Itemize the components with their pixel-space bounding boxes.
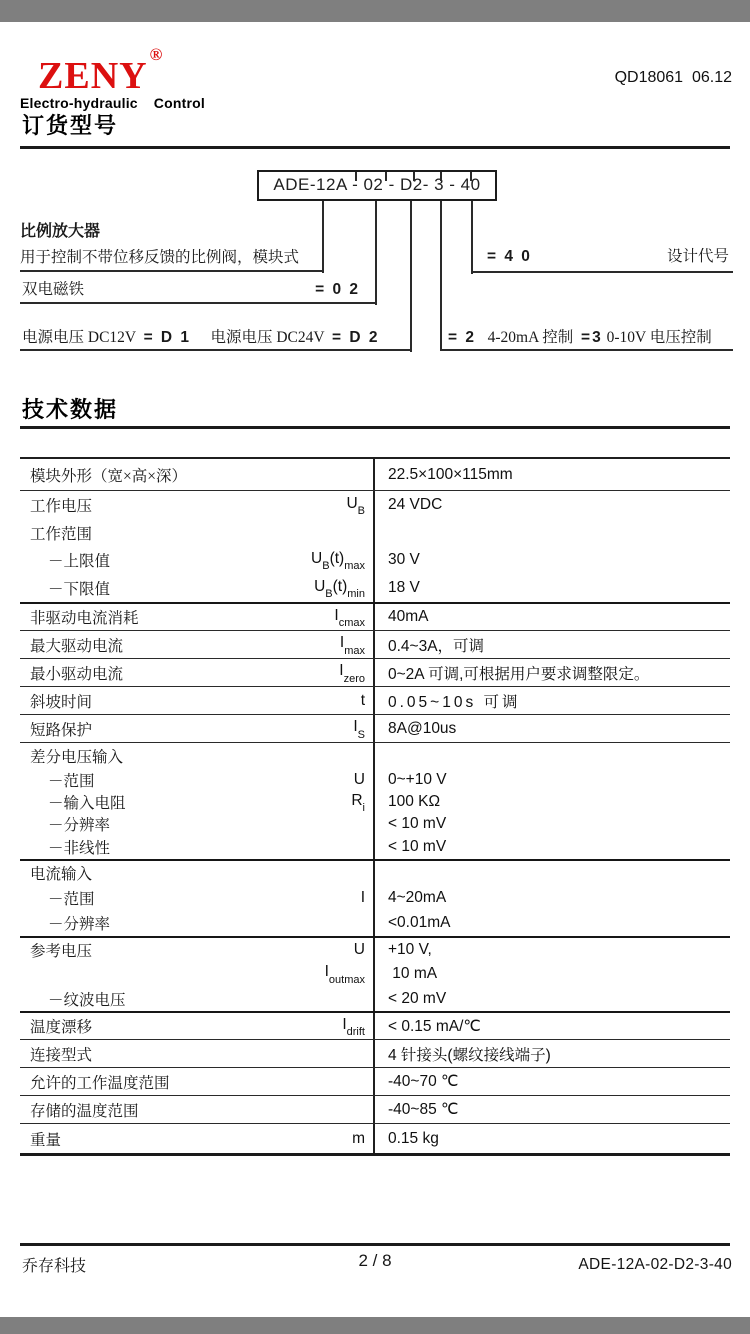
spec-label: －范围 bbox=[30, 769, 95, 791]
spec-label: 非驱动电流消耗 bbox=[30, 606, 139, 628]
table-row: 工作范围 bbox=[20, 519, 730, 546]
spec-value: < 10 mV bbox=[375, 815, 730, 833]
spec-parameter-cell: 最小驱动电流Izero bbox=[20, 659, 375, 686]
spec-value: -40~85 ℃ bbox=[375, 1100, 730, 1119]
table-row: －范围U0~+10 V bbox=[20, 769, 730, 791]
table-row: 非驱动电流消耗Icmax40mA bbox=[20, 602, 730, 630]
double-solenoid-code: = 0 2 bbox=[315, 281, 360, 299]
spec-parameter-cell: －范围I bbox=[20, 885, 375, 910]
table-row: －非线性< 10 mV bbox=[20, 835, 730, 859]
spec-value: 100 KΩ bbox=[375, 793, 730, 811]
spec-value: 0~2A 可调,可根据用户要求调整限定。 bbox=[375, 662, 730, 684]
spec-parameter-cell: 温度漂移Idrift bbox=[20, 1013, 375, 1039]
spec-value: -40~70 ℃ bbox=[375, 1072, 730, 1091]
spec-value: 22.5×100×115mm bbox=[375, 466, 730, 484]
callout-segment: 电源电压 DC12V bbox=[22, 329, 144, 346]
spec-label: 重量 bbox=[30, 1128, 61, 1150]
table-row: 模块外形（宽×高×深）22.5×100×115mm bbox=[20, 459, 730, 490]
spec-label: －下限值 bbox=[30, 577, 110, 599]
section-title-technical-data: 技术数据 bbox=[22, 393, 118, 424]
top-gray-bar bbox=[0, 0, 750, 22]
table-row: 温度漂移Idrift< 0.15 mA/℃ bbox=[20, 1011, 730, 1039]
spec-parameter-cell: 模块外形（宽×高×深） bbox=[20, 459, 375, 490]
section-title-ordering: 订货型号 bbox=[22, 109, 118, 140]
spec-value: 30 V bbox=[375, 551, 730, 569]
callout-amplifier-title: 比例放大器 bbox=[20, 218, 323, 241]
model-box-tick bbox=[440, 172, 442, 181]
table-row: －纹波电压< 20 mV bbox=[20, 986, 730, 1011]
spec-symbol: Ioutmax bbox=[325, 963, 365, 983]
spec-symbol: UB(t)min bbox=[314, 578, 365, 598]
bottom-gray-bar bbox=[0, 1317, 750, 1334]
spec-parameter-cell: －上限值UB(t)max bbox=[20, 546, 375, 574]
spec-parameter-cell: 斜坡时间t bbox=[20, 687, 375, 714]
callout-design-code: = 4 0 设计代号 bbox=[471, 242, 733, 273]
model-code-box: ADE-12A - 02 - D2- 3 - 40 bbox=[257, 170, 497, 201]
spec-symbol: IS bbox=[353, 718, 365, 738]
model-box-tick bbox=[355, 172, 357, 181]
spec-label: 工作范围 bbox=[30, 522, 92, 544]
callout-segment: = D 1 bbox=[144, 329, 191, 346]
table-row: 电流输入 bbox=[20, 859, 730, 885]
spec-parameter-cell: 允许的工作温度范围 bbox=[20, 1068, 375, 1095]
footer-model-code: ADE-12A-02-D2-3-40 bbox=[578, 1256, 732, 1274]
spec-value: 10 mA bbox=[375, 965, 730, 983]
spec-parameter-cell: 差分电压输入 bbox=[20, 743, 375, 769]
table-row: 重量m0.15 kg bbox=[20, 1123, 730, 1153]
callout-segment bbox=[191, 329, 210, 346]
spec-symbol: Imax bbox=[340, 634, 365, 654]
spec-label: 连接型式 bbox=[30, 1043, 92, 1065]
datasheet-page: ZENY® Electro-hydraulicControl QD18061 0… bbox=[0, 0, 750, 1334]
brand-logo: ZENY® bbox=[38, 54, 161, 98]
table-row: 参考电压U+10 V, bbox=[20, 936, 730, 961]
spec-parameter-cell: Ioutmax bbox=[20, 961, 375, 986]
callout-amplifier: 比例放大器 用于控制不带位移反馈的比例阀，模块式 bbox=[20, 218, 323, 272]
spec-label: 温度漂移 bbox=[30, 1015, 92, 1037]
table-row: 短路保护IS8A@10us bbox=[20, 714, 730, 742]
spec-label: 允许的工作温度范围 bbox=[30, 1071, 170, 1093]
registered-trademark-icon: ® bbox=[150, 45, 164, 64]
callout-control-signal: = 2 4-20mA 控制 =3 0-10V 电压控制 bbox=[440, 317, 733, 351]
spec-parameter-cell: －分辨率 bbox=[20, 910, 375, 936]
spec-symbol: U bbox=[354, 771, 365, 789]
document-number: QD18061 06.12 bbox=[615, 69, 732, 87]
table-row: 连接型式4 针接头(螺纹接线端子) bbox=[20, 1039, 730, 1067]
double-solenoid-label: 双电磁铁 bbox=[22, 277, 84, 299]
callout-segment: 电源电压 DC24V bbox=[210, 329, 332, 346]
design-code-value: = 4 0 bbox=[487, 248, 532, 266]
spec-label: －分辨率 bbox=[30, 912, 110, 934]
spec-value: +10 V, bbox=[375, 941, 730, 959]
callout-segment: = 2 bbox=[448, 329, 476, 346]
spec-parameter-cell: 参考电压U bbox=[20, 938, 375, 961]
callout-segment: = D 2 bbox=[332, 329, 379, 346]
spec-label: 斜坡时间 bbox=[30, 690, 92, 712]
spec-label: 存储的温度范围 bbox=[30, 1099, 139, 1121]
spec-symbol: U bbox=[354, 941, 365, 959]
spec-label: －输入电阻 bbox=[30, 791, 126, 813]
spec-label: 参考电压 bbox=[30, 939, 92, 961]
section-rule-ordering bbox=[20, 146, 730, 149]
spec-symbol: Idrift bbox=[342, 1016, 365, 1036]
callout-supply-voltage: 电源电压 DC12V = D 1 电源电压 DC24V = D 2 bbox=[20, 317, 411, 351]
table-row: －分辨率< 10 mV bbox=[20, 813, 730, 835]
spec-label: －范围 bbox=[30, 887, 95, 909]
spec-symbol: m bbox=[352, 1130, 365, 1148]
callout-amplifier-desc: 用于控制不带位移反馈的比例阀，模块式 bbox=[20, 245, 323, 267]
spec-symbol: UB bbox=[346, 495, 365, 515]
spec-parameter-cell: 电流输入 bbox=[20, 861, 375, 885]
spec-label: 电流输入 bbox=[30, 862, 92, 884]
model-box-tick bbox=[385, 172, 387, 181]
spec-value: < 10 mV bbox=[375, 838, 730, 856]
spec-parameter-cell: －下限值UB(t)min bbox=[20, 574, 375, 602]
table-row: －分辨率<0.01mA bbox=[20, 910, 730, 936]
spec-label: 短路保护 bbox=[30, 718, 92, 740]
table-row: 工作电压UB24 VDC bbox=[20, 490, 730, 519]
spec-symbol: UB(t)max bbox=[311, 550, 365, 570]
table-row: 斜坡时间t0.05~10s 可调 bbox=[20, 686, 730, 714]
spec-parameter-cell: 工作电压UB bbox=[20, 491, 375, 519]
spec-value: < 20 mV bbox=[375, 990, 730, 1008]
callout-segment: 4-20mA 控制 bbox=[476, 329, 581, 346]
design-code-label: 设计代号 bbox=[667, 244, 729, 266]
spec-parameter-cell: 短路保护IS bbox=[20, 715, 375, 742]
spec-label: 最小驱动电流 bbox=[30, 662, 123, 684]
callout-double-solenoid: 双电磁铁 = 0 2 bbox=[20, 280, 376, 304]
model-box-tick bbox=[413, 172, 415, 181]
spec-parameter-cell: －纹波电压 bbox=[20, 986, 375, 1011]
spec-symbol: Ri bbox=[351, 792, 365, 812]
table-row: 允许的工作温度范围-40~70 ℃ bbox=[20, 1067, 730, 1095]
spec-parameter-cell: 连接型式 bbox=[20, 1040, 375, 1067]
table-row: －下限值UB(t)min18 V bbox=[20, 574, 730, 602]
spec-symbol: Izero bbox=[339, 662, 365, 682]
spec-value: 24 VDC bbox=[375, 496, 730, 514]
spec-label: －纹波电压 bbox=[30, 988, 126, 1010]
spec-label: －非线性 bbox=[30, 836, 110, 858]
spec-parameter-cell: －范围U bbox=[20, 769, 375, 791]
spec-value: 4 针接头(螺纹接线端子) bbox=[375, 1043, 730, 1065]
spec-label: 模块外形（宽×高×深） bbox=[30, 464, 187, 486]
spec-label: 差分电压输入 bbox=[30, 745, 123, 767]
brand-logo-text: ZENY bbox=[38, 55, 148, 97]
spec-value: 40mA bbox=[375, 608, 730, 626]
table-row: －输入电阻Ri100 KΩ bbox=[20, 791, 730, 813]
spec-parameter-cell: －分辨率 bbox=[20, 813, 375, 835]
section-rule-technical-data bbox=[20, 426, 730, 429]
spec-label: 最大驱动电流 bbox=[30, 634, 123, 656]
spec-parameter-cell: 最大驱动电流Imax bbox=[20, 631, 375, 658]
spec-label: 工作电压 bbox=[30, 494, 92, 516]
spec-label: －上限值 bbox=[30, 549, 110, 571]
spec-symbol: Icmax bbox=[334, 607, 365, 627]
spec-parameter-cell: 非驱动电流消耗Icmax bbox=[20, 604, 375, 630]
table-row: 最大驱动电流Imax0.4~3A，可调 bbox=[20, 630, 730, 658]
model-box-tick bbox=[470, 172, 472, 181]
spec-value: 0.4~3A，可调 bbox=[375, 634, 730, 656]
spec-symbol: I bbox=[361, 889, 365, 907]
spec-value: 0.15 kg bbox=[375, 1130, 730, 1148]
table-row: 差分电压输入 bbox=[20, 742, 730, 769]
spec-value: 4~20mA bbox=[375, 889, 730, 907]
spec-symbol: t bbox=[361, 692, 365, 710]
brand-tagline-word2: Control bbox=[154, 95, 205, 111]
spec-value: 0.05~10s 可调 bbox=[375, 690, 730, 712]
footer-rule bbox=[20, 1243, 730, 1246]
spec-value: 8A@10us bbox=[375, 720, 730, 738]
spec-parameter-cell: 重量m bbox=[20, 1124, 375, 1153]
spec-parameter-cell: 存储的温度范围 bbox=[20, 1096, 375, 1123]
table-row: －上限值UB(t)max30 V bbox=[20, 546, 730, 574]
spec-parameter-cell: －非线性 bbox=[20, 835, 375, 859]
table-row: Ioutmax 10 mA bbox=[20, 961, 730, 986]
spec-table: 模块外形（宽×高×深）22.5×100×115mm工作电压UB24 VDC工作范… bbox=[20, 457, 730, 1156]
callout-segment: =3 bbox=[581, 329, 603, 346]
callout-segment: 0-10V 电压控制 bbox=[603, 329, 712, 346]
table-row: －范围I4~20mA bbox=[20, 885, 730, 910]
spec-label: －分辨率 bbox=[30, 813, 110, 835]
spec-parameter-cell: 工作范围 bbox=[20, 519, 375, 546]
spec-value: <0.01mA bbox=[375, 914, 730, 932]
spec-parameter-cell: －输入电阻Ri bbox=[20, 791, 375, 813]
spec-value: 18 V bbox=[375, 579, 730, 597]
table-row: 存储的温度范围-40~85 ℃ bbox=[20, 1095, 730, 1123]
table-row: 最小驱动电流Izero0~2A 可调,可根据用户要求调整限定。 bbox=[20, 658, 730, 686]
spec-value: < 0.15 mA/℃ bbox=[375, 1017, 730, 1036]
spec-value: 0~+10 V bbox=[375, 771, 730, 789]
